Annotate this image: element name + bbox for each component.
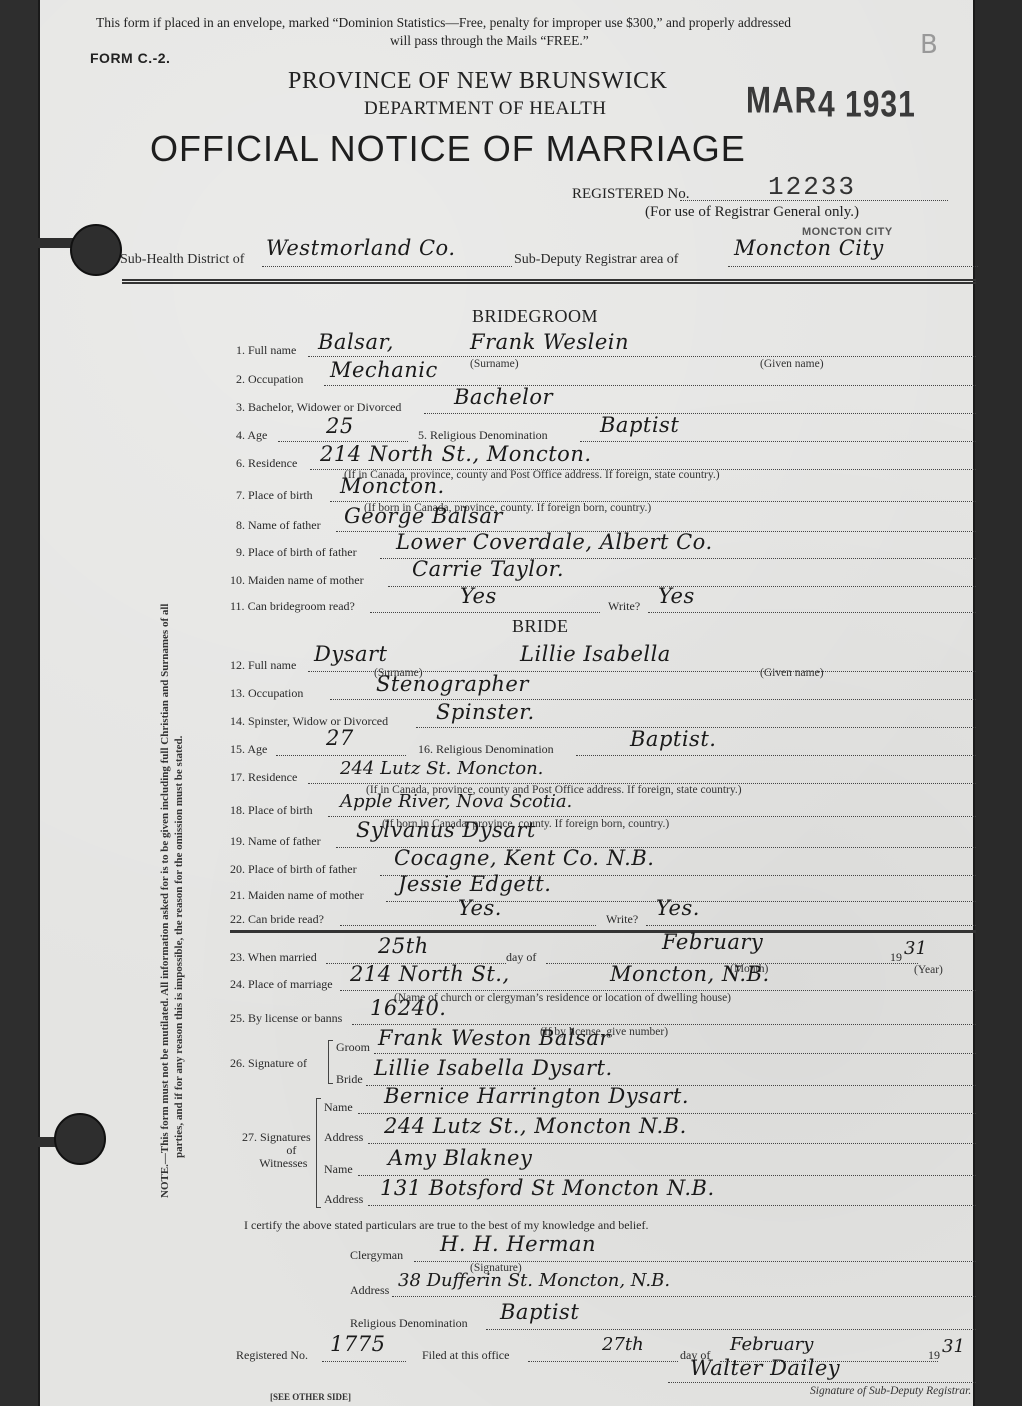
groom-given-name[interactable]: Frank Weslein: [470, 330, 629, 354]
field-6-label: 6. Residence: [236, 456, 297, 471]
day-of-label: day of: [506, 950, 536, 965]
scan-background-right: [975, 0, 1022, 1406]
bride-signature-label: Bride: [336, 1072, 363, 1087]
bride-given-name[interactable]: Lillie Isabella: [520, 642, 671, 666]
field-3-label: 3. Bachelor, Widower or Divorced: [236, 400, 401, 415]
groom-signature[interactable]: Frank Weston Balsar: [378, 1026, 610, 1050]
field-27-label: 27. Signatures of Witnesses: [242, 1131, 311, 1170]
given-name-hint: (Given name): [760, 667, 824, 679]
groom-write-label: Write?: [608, 599, 640, 614]
postal-note-line2: will pass through the Mails “FREE.”: [390, 33, 589, 49]
clergyman-denomination[interactable]: Baptist: [500, 1300, 579, 1324]
sub-deputy-area-value[interactable]: Moncton City: [734, 236, 884, 260]
field-24-label: 24. Place of marriage: [230, 977, 333, 992]
license-number[interactable]: 16240.: [370, 996, 446, 1020]
bride-signature[interactable]: Lillie Isabella Dysart.: [374, 1056, 613, 1080]
pencil-mark: B: [920, 30, 938, 60]
witness2-name[interactable]: Amy Blakney: [388, 1146, 532, 1170]
marriage-notice-form: This form if placed in an envelope, mark…: [38, 0, 975, 1406]
bride-mother-maiden-name[interactable]: Jessie Edgett.: [398, 872, 551, 896]
groom-surname[interactable]: Balsar,: [318, 330, 394, 354]
groom-mother-maiden-name[interactable]: Carrie Taylor.: [412, 557, 564, 581]
department-heading: DEPARTMENT OF HEALTH: [364, 98, 607, 120]
filed-label: Filed at this office: [422, 1348, 509, 1363]
field-20-label: 20. Place of birth of father: [230, 862, 357, 877]
field-5-label: 5. Religious Denomination: [418, 428, 548, 443]
marriage-day[interactable]: 25th: [378, 934, 429, 958]
field-10-label: 10. Maiden name of mother: [230, 573, 364, 588]
groom-can-write[interactable]: Yes: [658, 584, 695, 608]
bride-heading: BRIDE: [512, 616, 569, 637]
groom-marital-status[interactable]: Bachelor: [454, 385, 553, 409]
postal-note: This form if placed in an envelope, mark…: [96, 15, 791, 31]
groom-age[interactable]: 25: [326, 414, 354, 438]
received-stamp-month: MAR: [746, 80, 817, 123]
marriage-year[interactable]: 31: [904, 938, 927, 959]
field-11-label: 11. Can bridegroom read?: [230, 599, 355, 614]
field-16-label: 16. Religious Denomination: [418, 742, 554, 757]
bride-age[interactable]: 27: [326, 726, 354, 750]
witness1-name-label: Name: [324, 1100, 353, 1115]
witness1-address[interactable]: 244 Lutz St., Moncton N.B.: [384, 1114, 687, 1138]
field-21-label: 21. Maiden name of mother: [230, 888, 364, 903]
groom-father-name[interactable]: George Balsar: [344, 504, 503, 528]
given-name-hint: (Given name): [760, 358, 824, 370]
bride-father-birthplace[interactable]: Cocagne, Kent Co. N.B.: [394, 846, 654, 870]
field-26-label: 26. Signature of: [230, 1056, 307, 1071]
see-other-side-note: [SEE OTHER SIDE]: [270, 1392, 351, 1402]
form-title: OFFICIAL NOTICE OF MARRIAGE: [150, 128, 746, 170]
surname-hint: (Surname): [470, 358, 519, 370]
field-15-label: 15. Age: [230, 742, 267, 757]
bride-occupation[interactable]: Stenographer: [376, 672, 529, 696]
filed-year[interactable]: 31: [942, 1336, 965, 1357]
bride-religion[interactable]: Baptist.: [630, 727, 716, 751]
groom-can-read[interactable]: Yes: [460, 584, 497, 608]
field-9-label: 9. Place of birth of father: [236, 545, 357, 560]
filed-year-prefix: 19: [928, 1348, 940, 1363]
bride-can-read[interactable]: Yes.: [458, 896, 502, 920]
filed-day[interactable]: 27th: [602, 1334, 644, 1355]
bride-birthplace[interactable]: Apple River, Nova Scotia.: [340, 791, 572, 812]
marriage-place[interactable]: 214 North St.,: [350, 962, 510, 986]
health-district-value[interactable]: Westmorland Co.: [266, 236, 456, 260]
field-4-label: 4. Age: [236, 428, 267, 443]
field-1-label: 1. Full name: [236, 343, 296, 358]
side-note: NOTE.—This form must not be mutilated. A…: [158, 604, 186, 1198]
witness2-address-label: Address: [324, 1192, 363, 1207]
filed-month[interactable]: February: [730, 1334, 813, 1355]
bride-marital-status[interactable]: Spinster.: [436, 700, 535, 724]
witness2-address[interactable]: 131 Botsford St Moncton N.B.: [380, 1176, 715, 1200]
marriage-section-divider: [230, 930, 976, 933]
field-14-label: 14. Spinster, Widow or Divorced: [230, 714, 388, 729]
field-12-label: 12. Full name: [230, 658, 296, 673]
registrar-signature-hint: Signature of Sub-Deputy Registrar.: [810, 1385, 971, 1397]
certification-statement: I certify the above stated particulars a…: [244, 1218, 649, 1233]
field-7-label: 7. Place of birth: [236, 488, 313, 503]
year-hint: (Year): [914, 964, 943, 976]
year-prefix: 19: [890, 950, 902, 965]
clergyman-address-label: Address: [350, 1283, 389, 1298]
health-district-label: Sub-Health District of: [120, 252, 244, 268]
groom-father-birthplace[interactable]: Lower Coverdale, Albert Co.: [396, 530, 713, 554]
groom-residence[interactable]: 214 North St., Moncton.: [320, 442, 592, 466]
field-19-label: 19. Name of father: [230, 834, 321, 849]
registered-no-label: REGISTERED No.: [572, 186, 690, 203]
bride-write-label: Write?: [606, 912, 638, 927]
bride-can-write[interactable]: Yes.: [656, 896, 700, 920]
field-22-label: 22. Can bride read?: [230, 912, 324, 927]
registered-note: (For use of Registrar General only.): [645, 204, 859, 221]
registered-number[interactable]: 12233: [768, 172, 856, 202]
witness1-name[interactable]: Bernice Harrington Dysart.: [384, 1084, 689, 1108]
bridegroom-heading: BRIDEGROOM: [472, 306, 598, 327]
bride-residence[interactable]: 244 Lutz St. Moncton.: [340, 758, 543, 779]
field-23-label: 23. When married: [230, 950, 317, 965]
clergyman-denomination-label: Religious Denomination: [350, 1316, 468, 1331]
field-2-label: 2. Occupation: [236, 372, 303, 387]
witness2-name-label: Name: [324, 1162, 353, 1177]
province-heading: PROVINCE OF NEW BRUNSWICK: [288, 68, 667, 95]
marriage-place-city[interactable]: Moncton, N.B.: [610, 962, 770, 986]
groom-occupation[interactable]: Mechanic: [330, 358, 438, 382]
registered-no-label-bottom: Registered No.: [236, 1348, 308, 1363]
field-13-label: 13. Occupation: [230, 686, 303, 701]
field-17-label: 17. Residence: [230, 770, 297, 785]
groom-signature-label: Groom: [336, 1040, 370, 1055]
field-8-label: 8. Name of father: [236, 518, 321, 533]
header-divider: [122, 279, 976, 284]
hole-punch-top: [70, 224, 122, 276]
clergyman-label: Clergyman: [350, 1248, 403, 1263]
marriage-month[interactable]: February: [662, 930, 763, 954]
groom-birthplace[interactable]: Moncton.: [340, 474, 445, 498]
witness1-address-label: Address: [324, 1130, 363, 1145]
field-18-label: 18. Place of birth: [230, 803, 313, 818]
form-code: FORM C.-2.: [90, 50, 170, 66]
groom-religion[interactable]: Baptist: [600, 413, 679, 437]
hole-punch-bottom: [54, 1113, 106, 1165]
bride-surname[interactable]: Dysart: [314, 642, 387, 666]
clergyman-signature[interactable]: H. H. Herman: [440, 1232, 596, 1256]
sub-deputy-area-label: Sub-Deputy Registrar area of: [514, 252, 678, 268]
clergyman-address[interactable]: 38 Dufferin St. Moncton, N.B.: [398, 1270, 670, 1291]
received-stamp-date: 4 1931: [818, 84, 916, 127]
bride-father-name[interactable]: Sylvanus Dysart: [356, 818, 536, 842]
registrar-signature[interactable]: Walter Dailey: [690, 1356, 840, 1380]
field-25-label: 25. By license or banns: [230, 1011, 342, 1026]
local-registered-number[interactable]: 1775: [330, 1332, 385, 1356]
